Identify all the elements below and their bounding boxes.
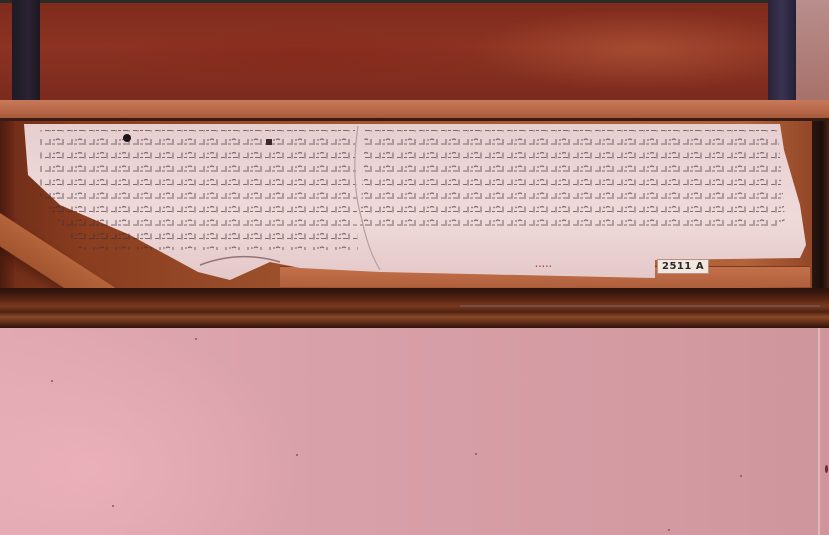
dust-speck xyxy=(112,505,114,507)
dust-speck xyxy=(51,380,53,382)
dust-speck xyxy=(195,338,197,340)
dust-speck xyxy=(668,529,670,531)
edge-mark xyxy=(825,465,828,473)
case-right-wall xyxy=(812,121,829,288)
dust-speck xyxy=(296,454,298,456)
object-number-label: 2511 A xyxy=(657,259,709,274)
backdrop-seam xyxy=(818,328,820,535)
lower-frame-rail xyxy=(0,288,829,328)
pink-backdrop xyxy=(0,328,829,535)
red-accession-mark: ••••• xyxy=(535,264,552,270)
photo-scene: ••••• 2511 A xyxy=(0,0,829,535)
dust-speck xyxy=(740,475,742,477)
rail-highlight xyxy=(460,305,820,307)
dust-speck xyxy=(475,453,477,455)
